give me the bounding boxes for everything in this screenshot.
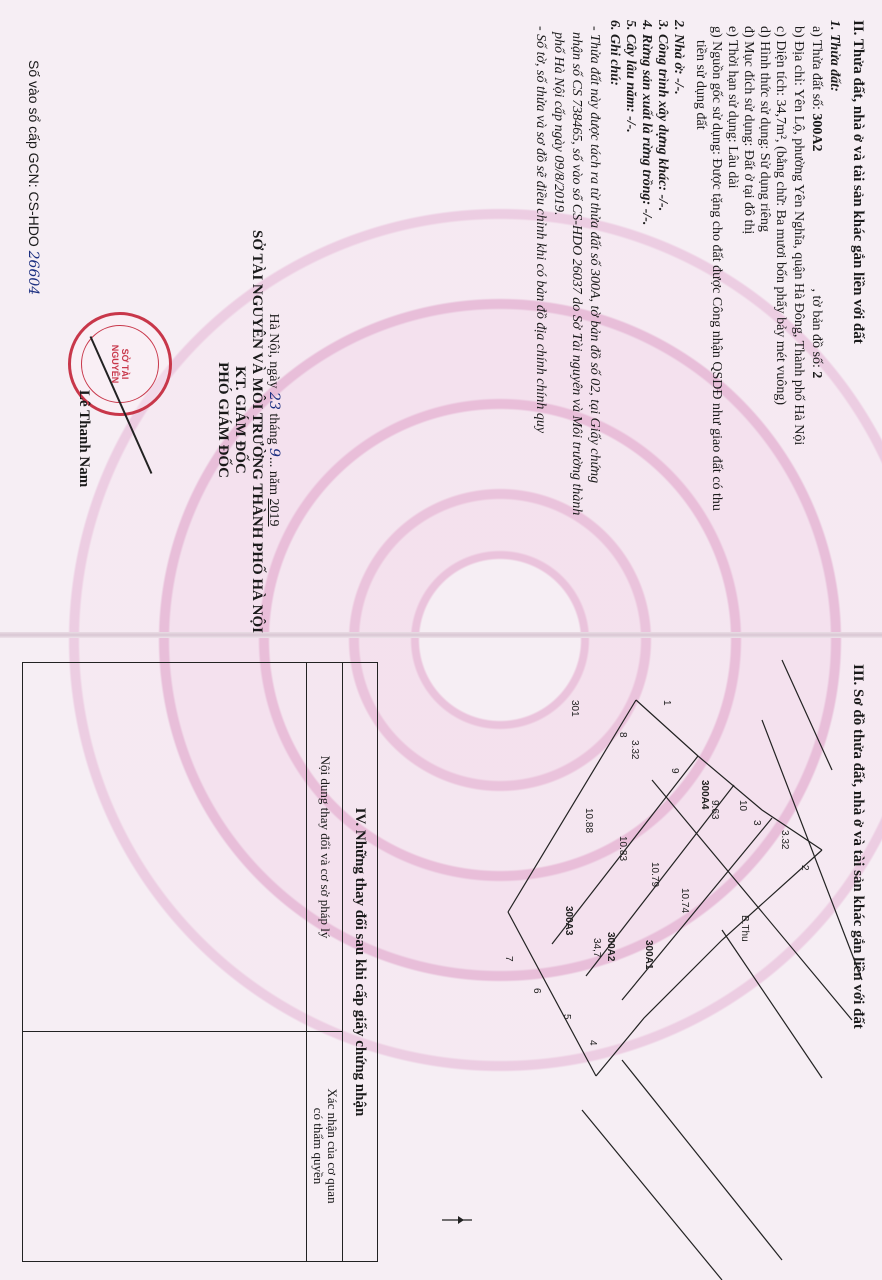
parcel-label: a) Thửa đất số: xyxy=(809,26,824,110)
registry-prefix: CS-HDO xyxy=(26,192,42,247)
confirm-line-2: có thẩm quyền xyxy=(311,1088,325,1203)
land-origin-cont: tiền sử dụng đất xyxy=(692,40,708,130)
svg-text:34,7: 34,7 xyxy=(591,938,602,958)
svg-text:3.32: 3.32 xyxy=(629,740,640,760)
place-date: Hà Nội, ngày 23 tháng 9... năm 2019 xyxy=(265,230,282,610)
perennial-line: 5. Cây lâu năm: -/-. xyxy=(622,20,638,133)
year-label: năm xyxy=(266,471,281,495)
authority-confirmation-column: Xác nhận của cơ quan có thẩm quyền xyxy=(23,1031,343,1261)
svg-text:9.63: 9.63 xyxy=(709,800,720,820)
map-sheet-label: , tờ bản đồ số: xyxy=(809,289,824,368)
diagram-labels: 2 3.32 3 B.Thu 10 10.74 10.79 10.83 10.8… xyxy=(503,700,810,1046)
date-month: 9 xyxy=(266,448,282,457)
svg-text:10.83: 10.83 xyxy=(617,836,628,861)
issuing-organization: SỞ TÀI NGUYÊN VÀ MÔI TRƯỜNG THÀNH PHỐ HÀ… xyxy=(248,230,265,610)
svg-text:301: 301 xyxy=(569,700,580,717)
pt-9: 9 xyxy=(669,768,680,774)
land-heading: 1. Thửa đất: xyxy=(826,20,842,92)
notes-line-1: - Thửa đất này được tách ra từ thửa đất … xyxy=(586,26,602,483)
land-parcel-number: a) Thửa đất số: 300A2 , tờ bản đồ số: 2 xyxy=(808,26,824,378)
svg-text:3.32: 3.32 xyxy=(779,830,790,850)
map-sheet-value: 2 xyxy=(809,371,824,378)
confirm-line-1: Xác nhận của cơ quan xyxy=(325,1088,339,1203)
parcel-diagram: 2 3.32 3 B.Thu 10 10.74 10.79 10.83 10.8… xyxy=(422,640,882,1280)
pt-8: 8 xyxy=(617,732,628,738)
rotated-document: II. Thửa đất, nhà ở và tài sản khác gắn … xyxy=(0,0,882,1280)
svg-text:10.88: 10.88 xyxy=(583,808,594,833)
date-day: 23 xyxy=(266,392,282,410)
notes-heading: 6. Ghi chú: xyxy=(606,20,622,86)
land-area: c) Diện tích: 34,7m², (bằng chữ: Ba mươi… xyxy=(772,26,788,405)
house-line: 2. Nhà ở: -/-. xyxy=(670,20,686,95)
north-arrow-icon xyxy=(442,1216,472,1224)
pt-6: 6 xyxy=(531,988,542,994)
signer-title: PHÓ GIÁM ĐỐC xyxy=(214,230,231,610)
registry-value: 26604 xyxy=(25,251,41,296)
svg-text:300A2: 300A2 xyxy=(605,932,616,962)
notes-line-2: nhận số CS 738465, số vào sổ CS-HDO 2603… xyxy=(568,32,584,515)
month-label: tháng xyxy=(266,413,281,444)
content-column-header: Nội dung thay đổi và cơ sở pháp lý xyxy=(306,663,343,1031)
pt-3: 3 xyxy=(751,820,762,826)
land-usage-purpose: đ) Mục đích sử dụng: Đất ở tại đô thị xyxy=(740,26,756,234)
confirmation-column-header: Xác nhận của cơ quan có thẩm quyền xyxy=(306,1031,343,1261)
pt-7: 7 xyxy=(503,956,514,962)
right-page: III. Sơ đồ thửa đất, nhà ở và tài sản kh… xyxy=(0,640,882,1280)
section-ii-title: II. Thửa đất, nhà ở và tài sản khác gắn … xyxy=(849,20,866,344)
date-prefix: Hà Nội, ngày xyxy=(266,313,281,388)
svg-text:300A3: 300A3 xyxy=(563,906,574,936)
notes-line-4: - Số tờ, số thửa và sơ đồ sẽ điều chỉnh … xyxy=(532,26,548,433)
signer-name: Lê Thanh Nam xyxy=(75,390,92,487)
svg-text:300A1: 300A1 xyxy=(643,940,654,970)
other-construction-line: 3. Công trình xây dựng khác: -/-. xyxy=(654,20,670,211)
changes-content-column: Nội dung thay đổi và cơ sở pháp lý xyxy=(23,663,343,1032)
pt-2: 2 xyxy=(799,865,810,871)
date-year: 2019 xyxy=(266,499,281,527)
land-usage-form: d) Hình thức sử dụng: Sử dụng riêng xyxy=(756,26,772,232)
svg-text:10.74: 10.74 xyxy=(679,888,690,913)
land-origin: g) Nguồn gốc sử dụng: Được tặng cho đất … xyxy=(708,26,724,511)
pt-5: 5 xyxy=(561,1014,572,1020)
registry-number: Số vào sổ cấp GCN: CS-HDO 26604 xyxy=(25,60,42,295)
pt-4: 4 xyxy=(587,1040,598,1046)
pt-1: 1 xyxy=(661,700,672,706)
notes-line-3: phố Hà Nội cấp ngày 09/8/2019. xyxy=(550,32,566,216)
land-address: b) Địa chỉ: Yên Lộ, phường Yên Nghĩa, qu… xyxy=(790,26,806,445)
changes-table: IV. Những thay đổi sau khi cấp giấy chứn… xyxy=(22,662,378,1262)
signature-block: Hà Nội, ngày 23 tháng 9... năm 2019 SỞ T… xyxy=(214,230,282,610)
parcel-value: 300A2 xyxy=(809,113,824,151)
section-iv-title: IV. Những thay đổi sau khi cấp giấy chứn… xyxy=(342,663,377,1261)
left-page: II. Thửa đất, nhà ở và tài sản khác gắn … xyxy=(0,0,882,640)
forest-line: 4. Rừng sản xuất là rừng trồng: -/-. xyxy=(638,20,654,225)
svg-text:10.79: 10.79 xyxy=(649,862,660,887)
svg-text:B.Thu: B.Thu xyxy=(739,915,750,942)
pt-10: 10 xyxy=(737,800,748,812)
land-usage-term: e) Thời hạn sử dụng: Lâu dài xyxy=(724,26,740,188)
registry-label: Số vào sổ cấp GCN: xyxy=(26,60,42,188)
on-behalf-title: KT. GIÁM ĐỐC xyxy=(231,230,248,610)
